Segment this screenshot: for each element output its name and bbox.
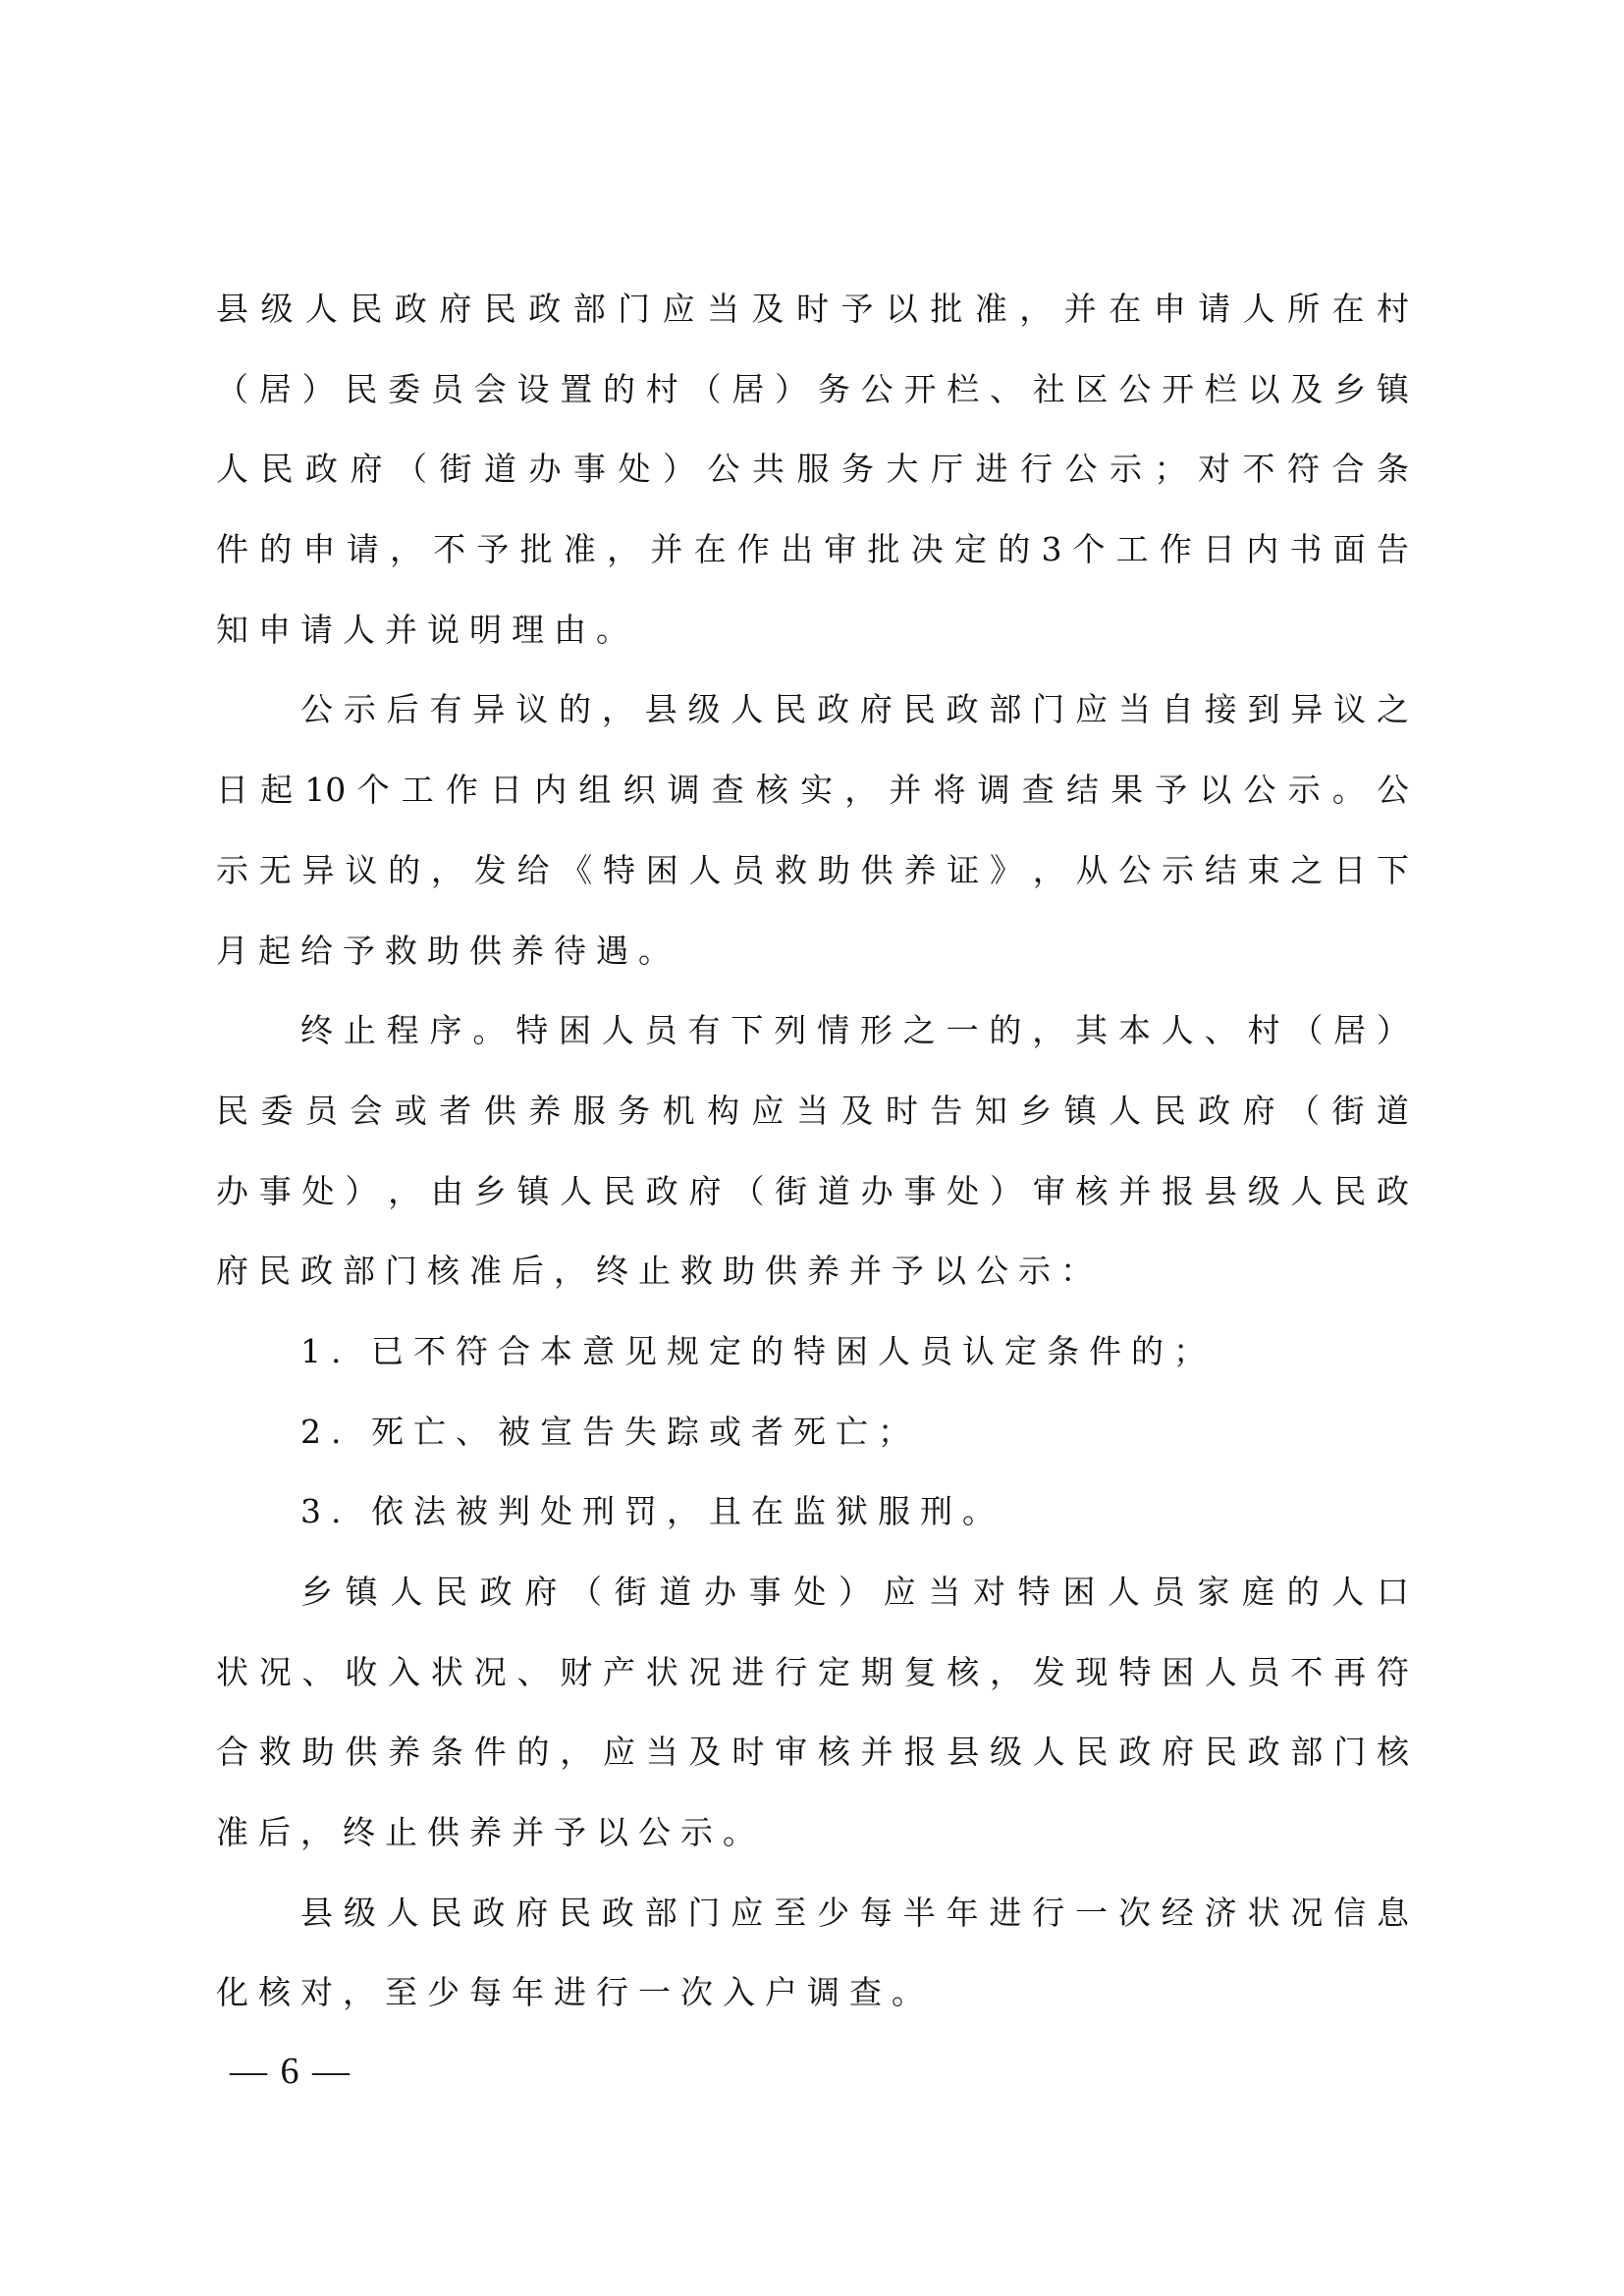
text-line: 人 民 政 府 （ 街 道 办 事 处 ） 公 共 服 务 大 厅 进 行 公 … xyxy=(216,429,1409,509)
document-page: 县 级 人 民 政 府 民 政 部 门 应 当 及 时 予 以 批 准 ， 并 … xyxy=(0,0,1624,2296)
text-line: 示 无 异 议 的 ， 发 给 《 特 困 人 员 救 助 供 养 证 》 ， … xyxy=(216,830,1409,911)
text-line: 化核对，至少每年进行一次入户调查。 xyxy=(216,1952,1409,2033)
text-line: 状 况 、 收 入 状 况 、 财 产 状 况 进 行 定 期 复 核 ， 发 … xyxy=(216,1632,1409,1713)
text-line: 月起给予救助供养待遇。 xyxy=(216,911,1409,991)
list-item: 3. 依法被判处刑罚，且在监狱服刑。 xyxy=(300,1471,1409,1552)
page-number: — 6 — xyxy=(230,2050,352,2093)
paragraph-first-line: 乡 镇 人 民 政 府 （ 街 道 办 事 处 ） 应 当 对 特 困 人 员 … xyxy=(300,1552,1409,1632)
text-line: 准后，终止供养并予以公示。 xyxy=(216,1792,1409,1873)
paragraph-first-line: 县 级 人 民 政 府 民 政 部 门 应 至 少 每 半 年 进 行 一 次 … xyxy=(300,1873,1409,1953)
paragraph-first-line: 公 示 后 有 异 议 的 ， 县 级 人 民 政 府 民 政 部 门 应 当 … xyxy=(300,669,1409,750)
text-line: （ 居 ） 民 委 员 会 设 置 的 村 （ 居 ） 务 公 开 栏 、 社 … xyxy=(216,349,1409,430)
text-line: 府民政部门核准后，终止救助供养并予以公示： xyxy=(216,1231,1409,1311)
list-item: 2. 死亡、被宣告失踪或者死亡； xyxy=(300,1392,1409,1472)
text-line: 件 的 申 请 ， 不 予 批 准 ， 并 在 作 出 审 批 决 定 的 3 … xyxy=(216,509,1409,590)
list-item: 1. 已不符合本意见规定的特困人员认定条件的； xyxy=(300,1311,1409,1392)
text-line: 知申请人并说明理由。 xyxy=(216,590,1409,670)
text-line: 民 委 员 会 或 者 供 养 服 务 机 构 应 当 及 时 告 知 乡 镇 … xyxy=(216,1071,1409,1151)
text-line: 县 级 人 民 政 府 民 政 部 门 应 当 及 时 予 以 批 准 ， 并 … xyxy=(216,269,1409,349)
text-line: 合 救 助 供 养 条 件 的 ， 应 当 及 时 审 核 并 报 县 级 人 … xyxy=(216,1712,1409,1792)
text-line: 办 事 处 ） ， 由 乡 镇 人 民 政 府 （ 街 道 办 事 处 ） 审 … xyxy=(216,1151,1409,1232)
text-line: 日 起 10 个 工 作 日 内 组 织 调 查 核 实 ， 并 将 调 查 结… xyxy=(216,750,1409,830)
paragraph-first-line: 终 止 程 序 。 特 困 人 员 有 下 列 情 形 之 一 的 ， 其 本 … xyxy=(300,990,1409,1071)
